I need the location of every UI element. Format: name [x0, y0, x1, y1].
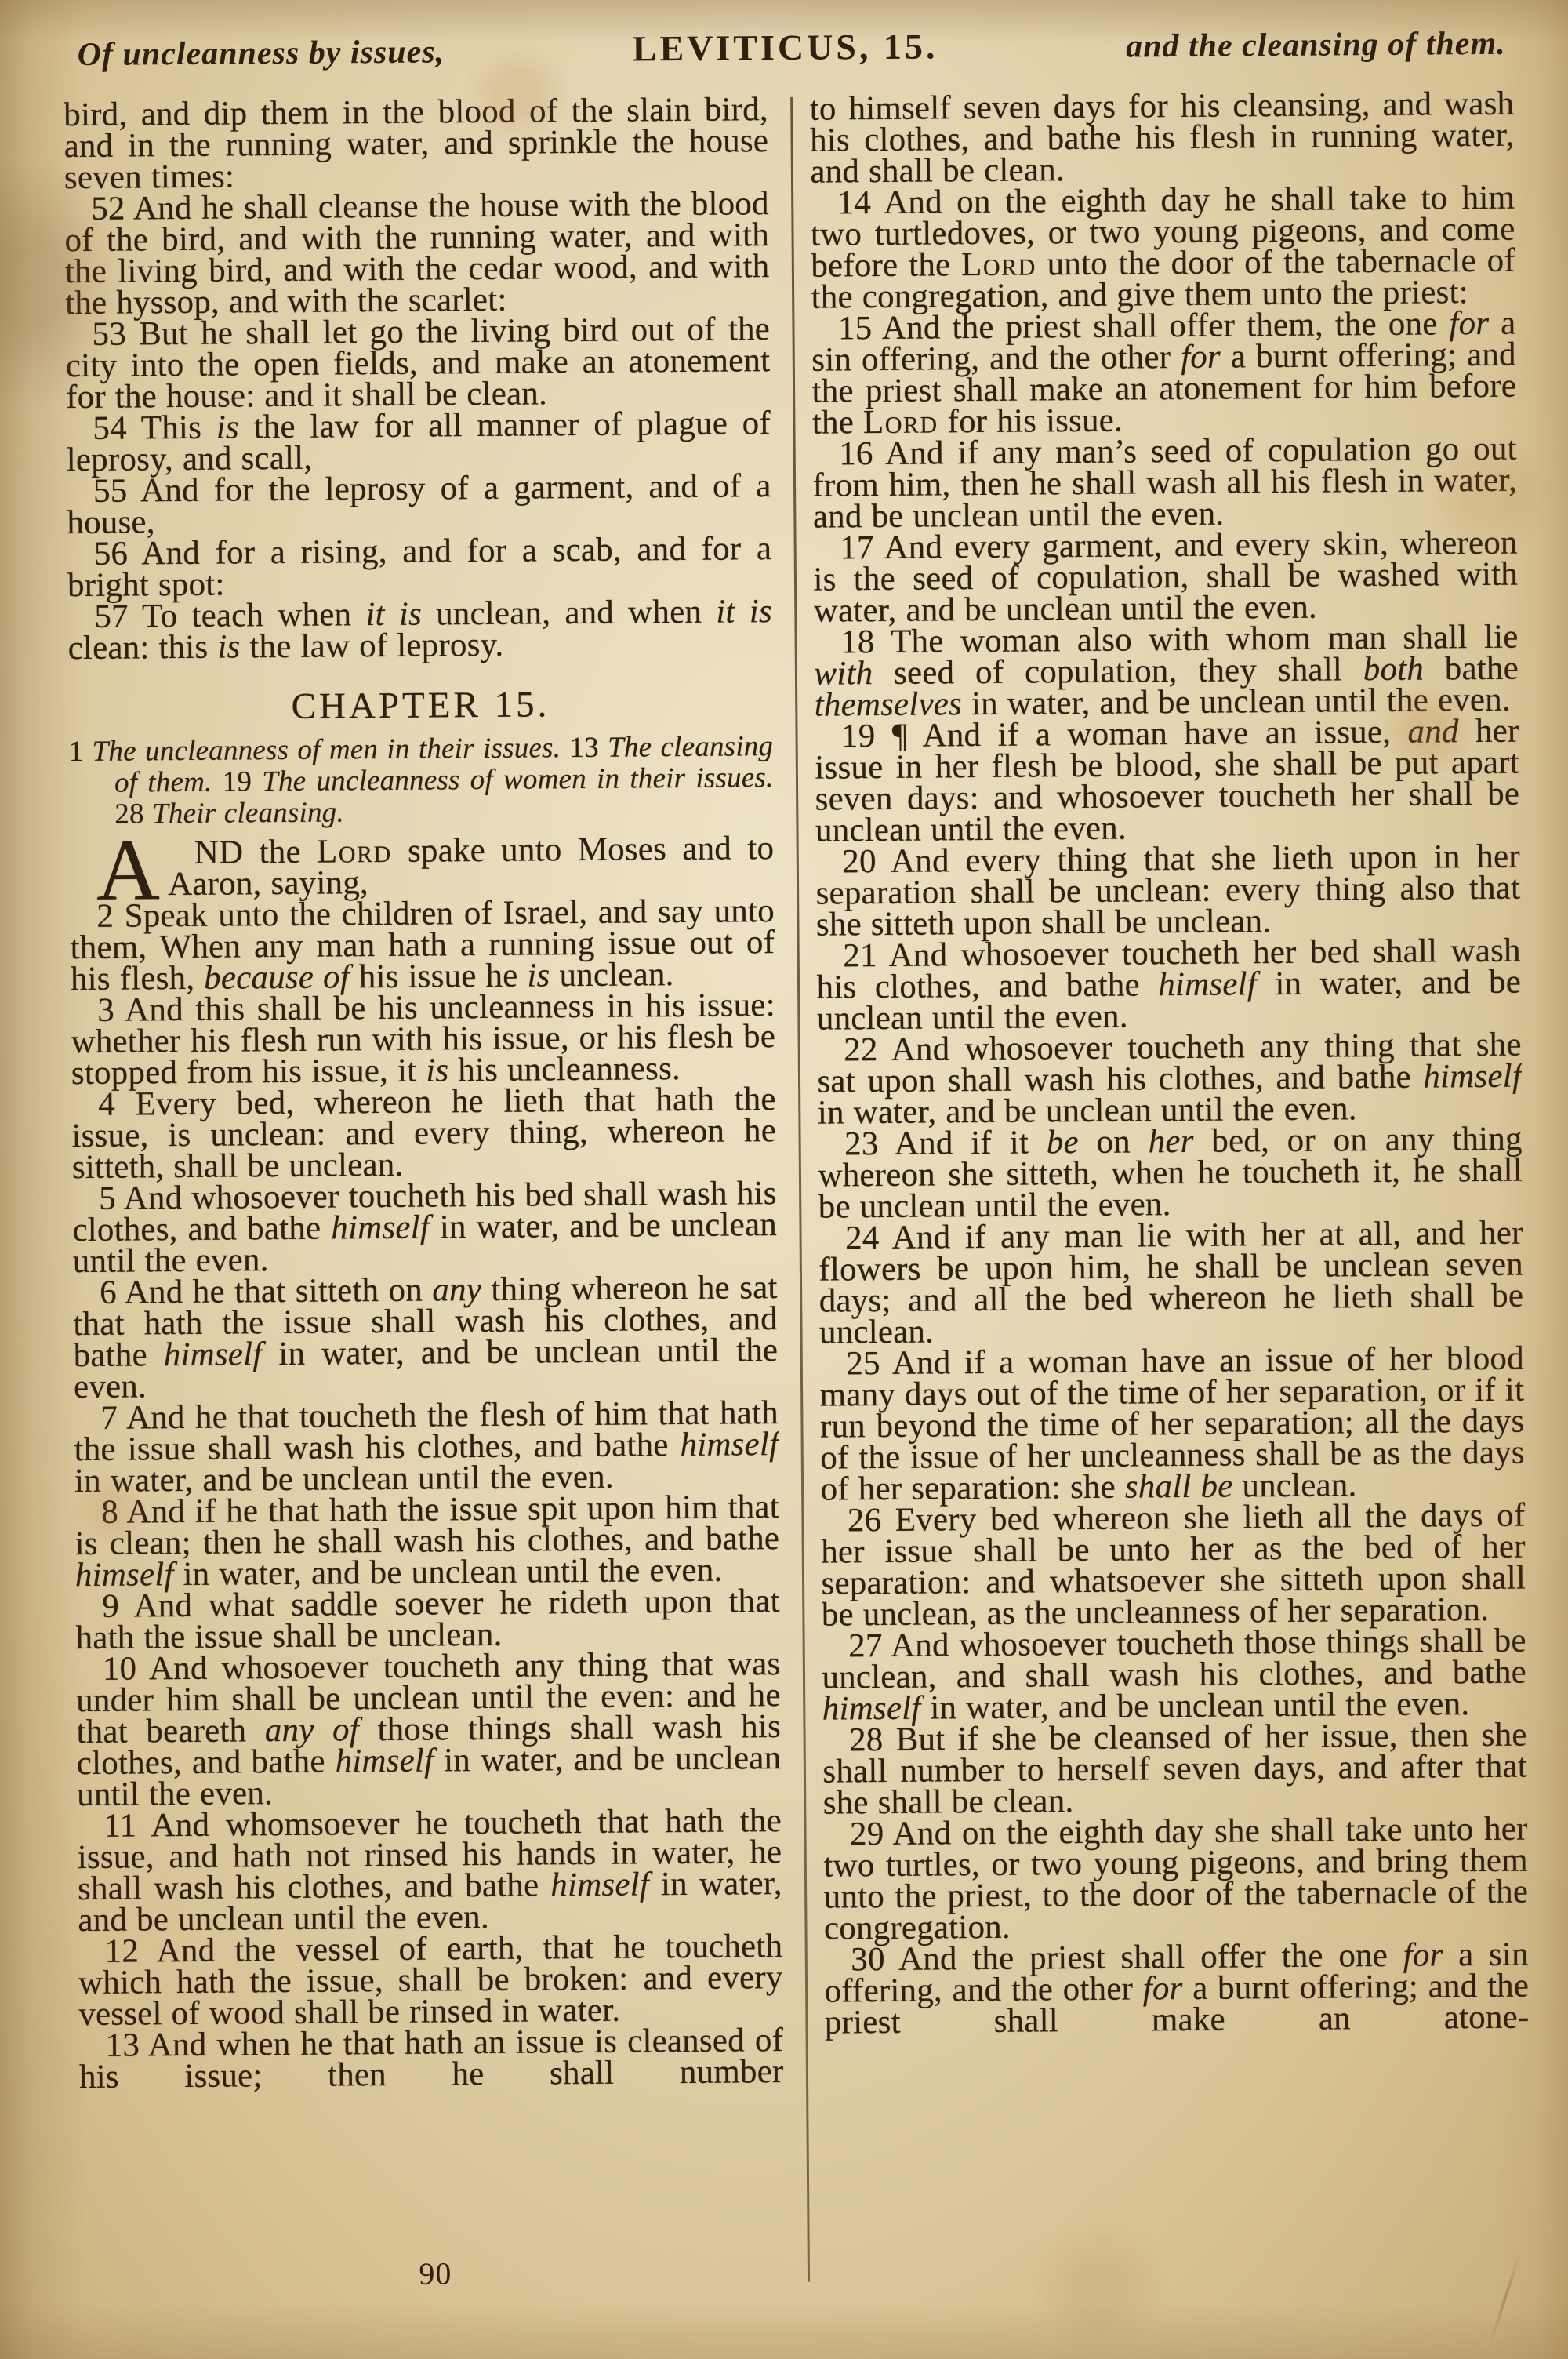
- verse-22: 22 And whosoever toucheth any thing that…: [817, 1030, 1522, 1129]
- left-column: bird, and dip them in the blood of the s…: [64, 94, 785, 2288]
- running-head-right: and the cleansing of them.: [1126, 25, 1506, 66]
- verse-23: 23 And if it be on her bed, or on any th…: [818, 1124, 1523, 1223]
- verse-51-continuation: bird, and dip them in the blood of the s…: [64, 94, 768, 194]
- verse-28: 28 But if she be cleansed of her issue, …: [822, 1720, 1527, 1819]
- chapter-heading: CHAPTER 15.: [68, 687, 773, 724]
- right-column: to himself seven days for his cleansing,…: [810, 89, 1531, 2282]
- verse-25: 25 And if a woman have an issue of her b…: [819, 1343, 1525, 1506]
- verse-7: 7 And he that toucheth the flesh of him …: [74, 1398, 779, 1497]
- verse-15: 15 And the priest shall offer them, the …: [811, 308, 1517, 439]
- verse-3: 3 And this shall be his uncleanness in h…: [71, 990, 775, 1089]
- verse-8: 8 And if he that hath the issue spit upo…: [74, 1492, 779, 1591]
- page-number: 90: [81, 2252, 790, 2295]
- verse-26: 26 Every bed whereon she lieth all the d…: [821, 1500, 1526, 1631]
- verse-24: 24 And if any man lie with her at all, a…: [818, 1218, 1524, 1349]
- verse-20: 20 And every thing that she lieth upon i…: [815, 841, 1520, 941]
- running-head-left: Of uncleanness by issues,: [78, 33, 445, 74]
- verse-18: 18 The woman also with whom man shall li…: [814, 622, 1519, 722]
- verse-52: 52 And he shall cleanse the house with t…: [64, 188, 770, 319]
- verse-56: 56 And for a rising, and for a scab, and…: [67, 533, 772, 602]
- bible-page: Of uncleanness by issues, LEVITICUS, 15.…: [0, 0, 1568, 2359]
- verse-29: 29 And on the eighth day she shall take …: [823, 1814, 1529, 1945]
- verse-12: 12 And the vessel of earth, that he touc…: [78, 1931, 783, 2030]
- verse-55: 55 And for the leprosy of a garment, and…: [67, 471, 771, 539]
- verse-27: 27 And whosoever toucheth those things s…: [822, 1626, 1526, 1725]
- verse-53: 53 But he shall let go the living bird o…: [65, 314, 770, 413]
- verse-57: 57 To teach when it is unclean, and when…: [67, 596, 772, 664]
- verse-13: 13 And when he that hath an issue is cle…: [78, 2025, 783, 2093]
- verse-16: 16 And if any man’s seed of copulation g…: [812, 434, 1517, 533]
- verse-30: 30 And the priest shall offer the one fo…: [824, 1939, 1529, 2039]
- text-columns: bird, and dip them in the blood of the s…: [64, 89, 1531, 2288]
- drop-cap-A: A: [70, 838, 169, 900]
- verse-2: 2 Speak unto the children of Israel, and…: [70, 896, 775, 995]
- verse-9: 9 And what saddle soever he rideth upon …: [75, 1586, 780, 1654]
- running-head: Of uncleanness by issues, LEVITICUS, 15.…: [63, 21, 1514, 91]
- verse-19: 19 ¶ And if a woman have an issue, and h…: [815, 716, 1520, 847]
- verse-6: 6 And he that sitteth on any thing where…: [73, 1272, 779, 1403]
- page-heading: LEVITICUS, 15.: [633, 25, 938, 69]
- verse-11: 11 And whomsoever he toucheth that hath …: [77, 1805, 782, 1936]
- verse-21: 21 And whosoever toucheth her bed shall …: [816, 936, 1521, 1035]
- page-content: Of uncleanness by issues, LEVITICUS, 15.…: [0, 0, 1568, 2359]
- verse-13-continuation: to himself seven days for his cleansing,…: [810, 89, 1515, 188]
- verse-14: 14 And on the eighth day he shall take t…: [811, 183, 1516, 314]
- chapter-summary: 1 The uncleanness of men in their issues…: [69, 731, 774, 831]
- verse-10: 10 And whosoever toucheth any thing that…: [76, 1648, 782, 1811]
- column-divider: [790, 97, 810, 2282]
- verse-17: 17 And every garment, and every skin, wh…: [813, 528, 1518, 627]
- verse-1: AND the Lord spake unto Moses and to Aar…: [70, 833, 775, 901]
- verse-54: 54 This is the law for all manner of pla…: [66, 408, 771, 476]
- verse-5: 5 And whosoever toucheth his bed shall w…: [72, 1178, 777, 1278]
- verse-4: 4 Every bed, whereon he lieth that hath …: [71, 1084, 776, 1183]
